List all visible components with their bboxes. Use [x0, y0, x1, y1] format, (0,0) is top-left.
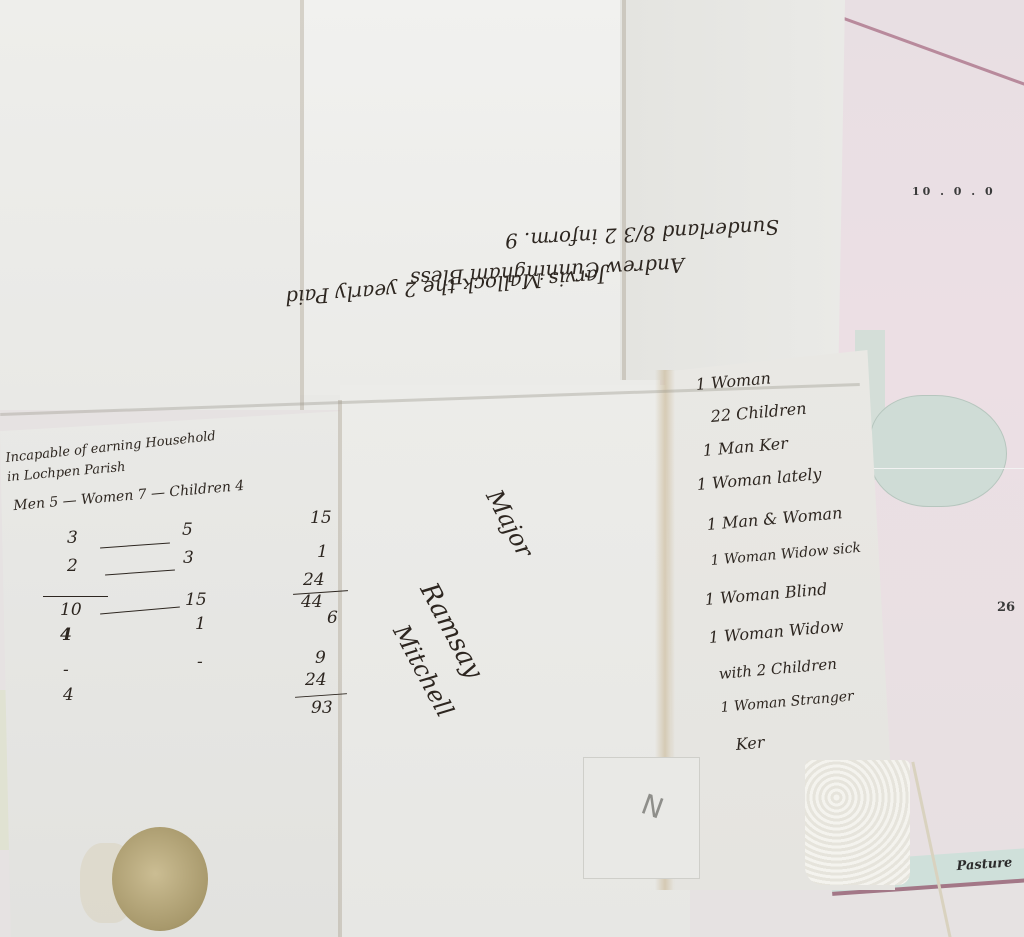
map-label-acreage: 10 . 0 . 0: [912, 185, 996, 198]
ledger-sum-rule: [43, 596, 108, 597]
fold-line: [622, 0, 626, 380]
letter-panel-top-middle: [300, 0, 660, 395]
wax-seal-icon: [112, 827, 208, 931]
ledger-children: 6: [327, 608, 338, 628]
ledger-women: 5: [182, 520, 193, 540]
letter-panel-top-left: [0, 0, 340, 410]
ledger-children: 1: [317, 542, 328, 562]
ledger-men: 10: [60, 600, 82, 620]
letter-panel-top-right: [620, 0, 845, 380]
ledger-total: 93: [311, 698, 333, 718]
ledger-children: 24: [305, 670, 327, 690]
ledger-men: 4: [63, 685, 74, 705]
fold-line: [300, 0, 304, 410]
fold-line: [338, 400, 342, 937]
ledger-women: 1: [195, 614, 206, 634]
ledger-children: 9: [315, 648, 326, 668]
ledger-women: 3: [183, 548, 194, 568]
list-item: Ker: [735, 733, 765, 754]
folded-letter: Sunderland 8/3 2 inform. 9 Andrew Cunnin…: [0, 0, 840, 937]
map-grid-line: [870, 468, 1024, 469]
ledger-men: 3: [67, 528, 78, 548]
map-green-field: [870, 395, 1007, 507]
ledger-children: 24: [303, 570, 325, 590]
torn-paper-patch: [805, 760, 910, 885]
ledger-men: -: [63, 660, 69, 680]
ledger-women: 15: [185, 590, 207, 610]
map-label-plot-number: 26: [997, 600, 1015, 615]
ledger-men: 4: [60, 625, 72, 645]
ledger-women: -: [197, 652, 203, 672]
ledger-men: 2: [67, 556, 78, 576]
map-pasture-label: Pasture: [956, 855, 1013, 874]
ledger-children: 15: [310, 508, 332, 528]
ledger-children: 44: [301, 592, 323, 612]
